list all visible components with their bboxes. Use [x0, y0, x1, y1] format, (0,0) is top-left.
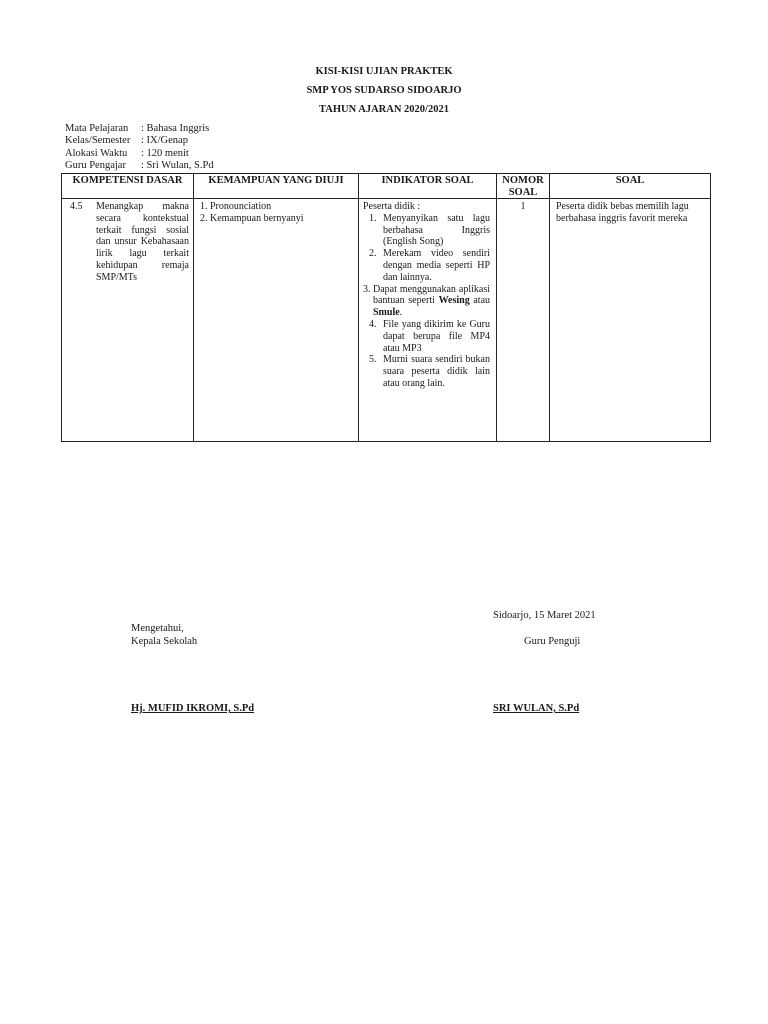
- place-date: Sidoarjo, 15 Maret 2021: [493, 610, 596, 623]
- table-header-row: KOMPETENSI DASAR KEMAMPUAN YANG DIUJI IN…: [62, 174, 711, 199]
- acknowledged-label: Mengetahui,: [131, 623, 197, 636]
- meta-row-class: Kelas/Semester: IX/Genap: [65, 135, 214, 147]
- header-soal: SOAL: [550, 174, 711, 199]
- meta-row-teacher: Guru Pengajar: Sri Wulan, S.Pd: [65, 160, 214, 172]
- indikator-item: 3.Dapat menggunakan aplikasi bantuan sep…: [363, 284, 490, 319]
- document-title: KISI-KISI UJIAN PRAKTEK: [0, 66, 768, 77]
- cell-kompetensi-dasar: 4.5 Menangkap makna secara kontekstual t…: [62, 199, 194, 442]
- indikator-list: 1.Menyanyikan satu lagu berbahasa Inggri…: [363, 213, 490, 390]
- exam-meta: Mata Pelajaran: Bahasa Inggris Kelas/Sem…: [65, 123, 214, 172]
- school-name: SMP YOS SUDARSO SIDOARJO: [0, 85, 768, 96]
- examiner-role: Guru Penguji: [524, 636, 580, 649]
- indikator-item: 2.Merekam video sendiri dengan media sep…: [363, 248, 490, 283]
- indikator-item: 5.Murni suara sendiri bukan suara pesert…: [363, 354, 490, 389]
- kemampuan-item: 2. Kemampuan bernyanyi: [200, 213, 352, 225]
- indikator-intro: Peserta didik :: [363, 201, 490, 213]
- signature-left-block: Mengetahui, Kepala Sekolah: [131, 623, 197, 648]
- principal-role: Kepala Sekolah: [131, 636, 197, 649]
- header-kompetensi-dasar: KOMPETENSI DASAR: [62, 174, 194, 199]
- cell-soal: Peserta didik bebas memilih lagu berbaha…: [550, 199, 711, 442]
- kd-text: Menangkap makna secara kontekstual terka…: [96, 201, 189, 284]
- indikator-item: 1.Menyanyikan satu lagu berbahasa Inggri…: [363, 213, 490, 248]
- cell-indikator: Peserta didik : 1.Menyanyikan satu lagu …: [359, 199, 497, 442]
- header-kemampuan: KEMAMPUAN YANG DIUJI: [194, 174, 359, 199]
- table-row: 4.5 Menangkap makna secara kontekstual t…: [62, 199, 711, 442]
- indikator-item: 4.File yang dikirim ke Guru dapat berupa…: [363, 319, 490, 354]
- examiner-name: SRI WULAN, S.Pd: [493, 703, 579, 714]
- kd-number: 4.5: [70, 201, 96, 284]
- cell-kemampuan: 1. Pronounciation 2. Kemampuan bernyanyi: [194, 199, 359, 442]
- app-name-smule: Smule: [373, 307, 400, 318]
- meta-row-time: Alokasi Waktu: 120 menit: [65, 148, 214, 160]
- kemampuan-item: 1. Pronounciation: [200, 201, 352, 213]
- cell-nomor-soal: 1: [497, 199, 550, 442]
- header-nomor-soal: NOMOR SOAL: [497, 174, 550, 199]
- meta-row-subject: Mata Pelajaran: Bahasa Inggris: [65, 123, 214, 135]
- kisi-table: KOMPETENSI DASAR KEMAMPUAN YANG DIUJI IN…: [61, 173, 711, 442]
- academic-year: TAHUN AJARAN 2020/2021: [0, 104, 768, 115]
- app-name-wesing: Wesing: [439, 295, 470, 306]
- header-indikator: INDIKATOR SOAL: [359, 174, 497, 199]
- principal-name: Hj. MUFID IKROMI, S.Pd: [131, 703, 254, 714]
